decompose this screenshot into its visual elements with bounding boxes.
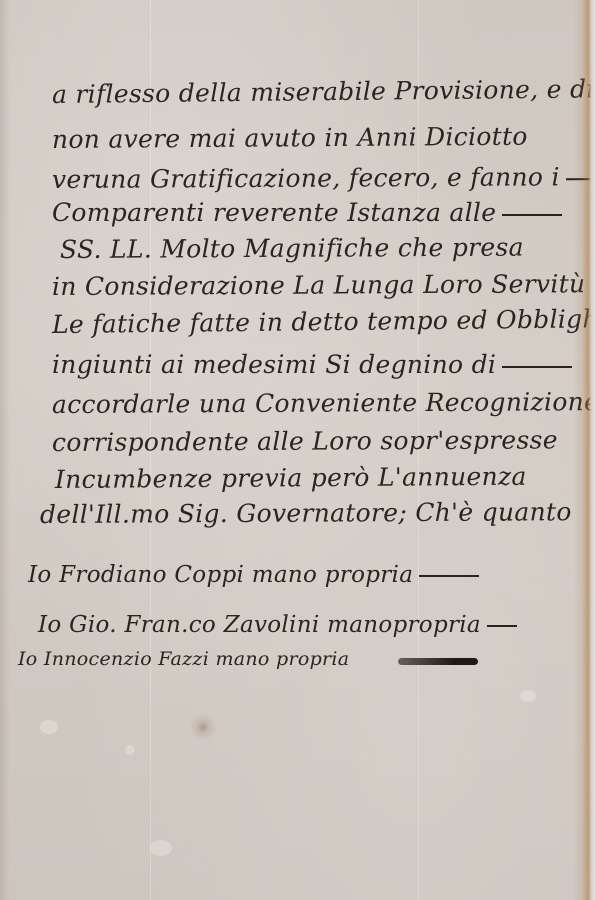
- paper-right-edge-stain: [573, 0, 595, 900]
- body-line-text: in Considerazione La Lunga Loro Servitù: [52, 269, 586, 301]
- line-flourish: [502, 366, 572, 368]
- body-line: a riflesso della miserabile Provisione, …: [52, 74, 595, 109]
- signature-line: Io Frodiano Coppi mano propria: [28, 562, 479, 588]
- body-line-text: non avere mai avuto in Anni Diciotto: [52, 122, 528, 154]
- handwritten-text: a riflesso della miserabile Provisione, …: [0, 0, 595, 900]
- line-flourish: [502, 214, 562, 216]
- body-line: SS. LL. Molto Magnifiche che presa: [60, 233, 524, 264]
- line-flourish: [487, 625, 517, 627]
- body-line: in Considerazione La Lunga Loro Servitù: [52, 269, 586, 301]
- body-line: accordarle una Conveniente Recognizione: [52, 387, 595, 419]
- body-line-text: veruna Gratificazione, fecero, e fanno i: [52, 162, 560, 194]
- body-line: ingiunti ai medesimi Si degnino di: [52, 350, 572, 379]
- body-line-text: corrispondente alle Loro sopr'espresse: [52, 425, 558, 457]
- body-line-text: SS. LL. Molto Magnifiche che presa: [60, 233, 524, 264]
- body-line: corrispondente alle Loro sopr'espresse: [52, 425, 558, 457]
- body-line: dell'Ill.mo Sig. Governatore; Ch'è quant…: [40, 497, 572, 529]
- signature-text: Io Gio. Fran.co Zavolini manopropria: [38, 612, 481, 638]
- body-line-text: dell'Ill.mo Sig. Governatore; Ch'è quant…: [40, 497, 572, 529]
- body-line: Comparenti reverente Istanza alle: [52, 198, 562, 227]
- signature-line: Io Gio. Fran.co Zavolini manopropria: [38, 612, 517, 638]
- body-line: veruna Gratificazione, fecero, e fanno i: [52, 162, 590, 194]
- body-line-text: Incumbenze previa però L'annuenza: [55, 462, 527, 494]
- signature-text: Io Frodiano Coppi mano propria: [28, 562, 413, 588]
- ink-blot-flourish: [398, 658, 478, 665]
- body-line-text: accordarle una Conveniente Recognizione: [52, 387, 595, 419]
- body-line-text: a riflesso della miserabile Provisione, …: [52, 74, 595, 109]
- signature-line: Io Innocenzio Fazzi mano propria: [18, 648, 349, 670]
- line-flourish: [419, 575, 479, 577]
- body-line: non avere mai avuto in Anni Diciotto: [52, 122, 528, 154]
- body-line: Le fatiche fatte in detto tempo ed Obbli…: [52, 304, 595, 339]
- signature-text: Io Innocenzio Fazzi mano propria: [18, 648, 349, 670]
- manuscript-page: a riflesso della miserabile Provisione, …: [0, 0, 595, 900]
- body-line-text: Le fatiche fatte in detto tempo ed Obbli…: [52, 304, 595, 339]
- body-line-text: ingiunti ai medesimi Si degnino di: [52, 350, 496, 379]
- body-line: Incumbenze previa però L'annuenza: [55, 462, 527, 494]
- body-line-text: Comparenti reverente Istanza alle: [52, 198, 496, 227]
